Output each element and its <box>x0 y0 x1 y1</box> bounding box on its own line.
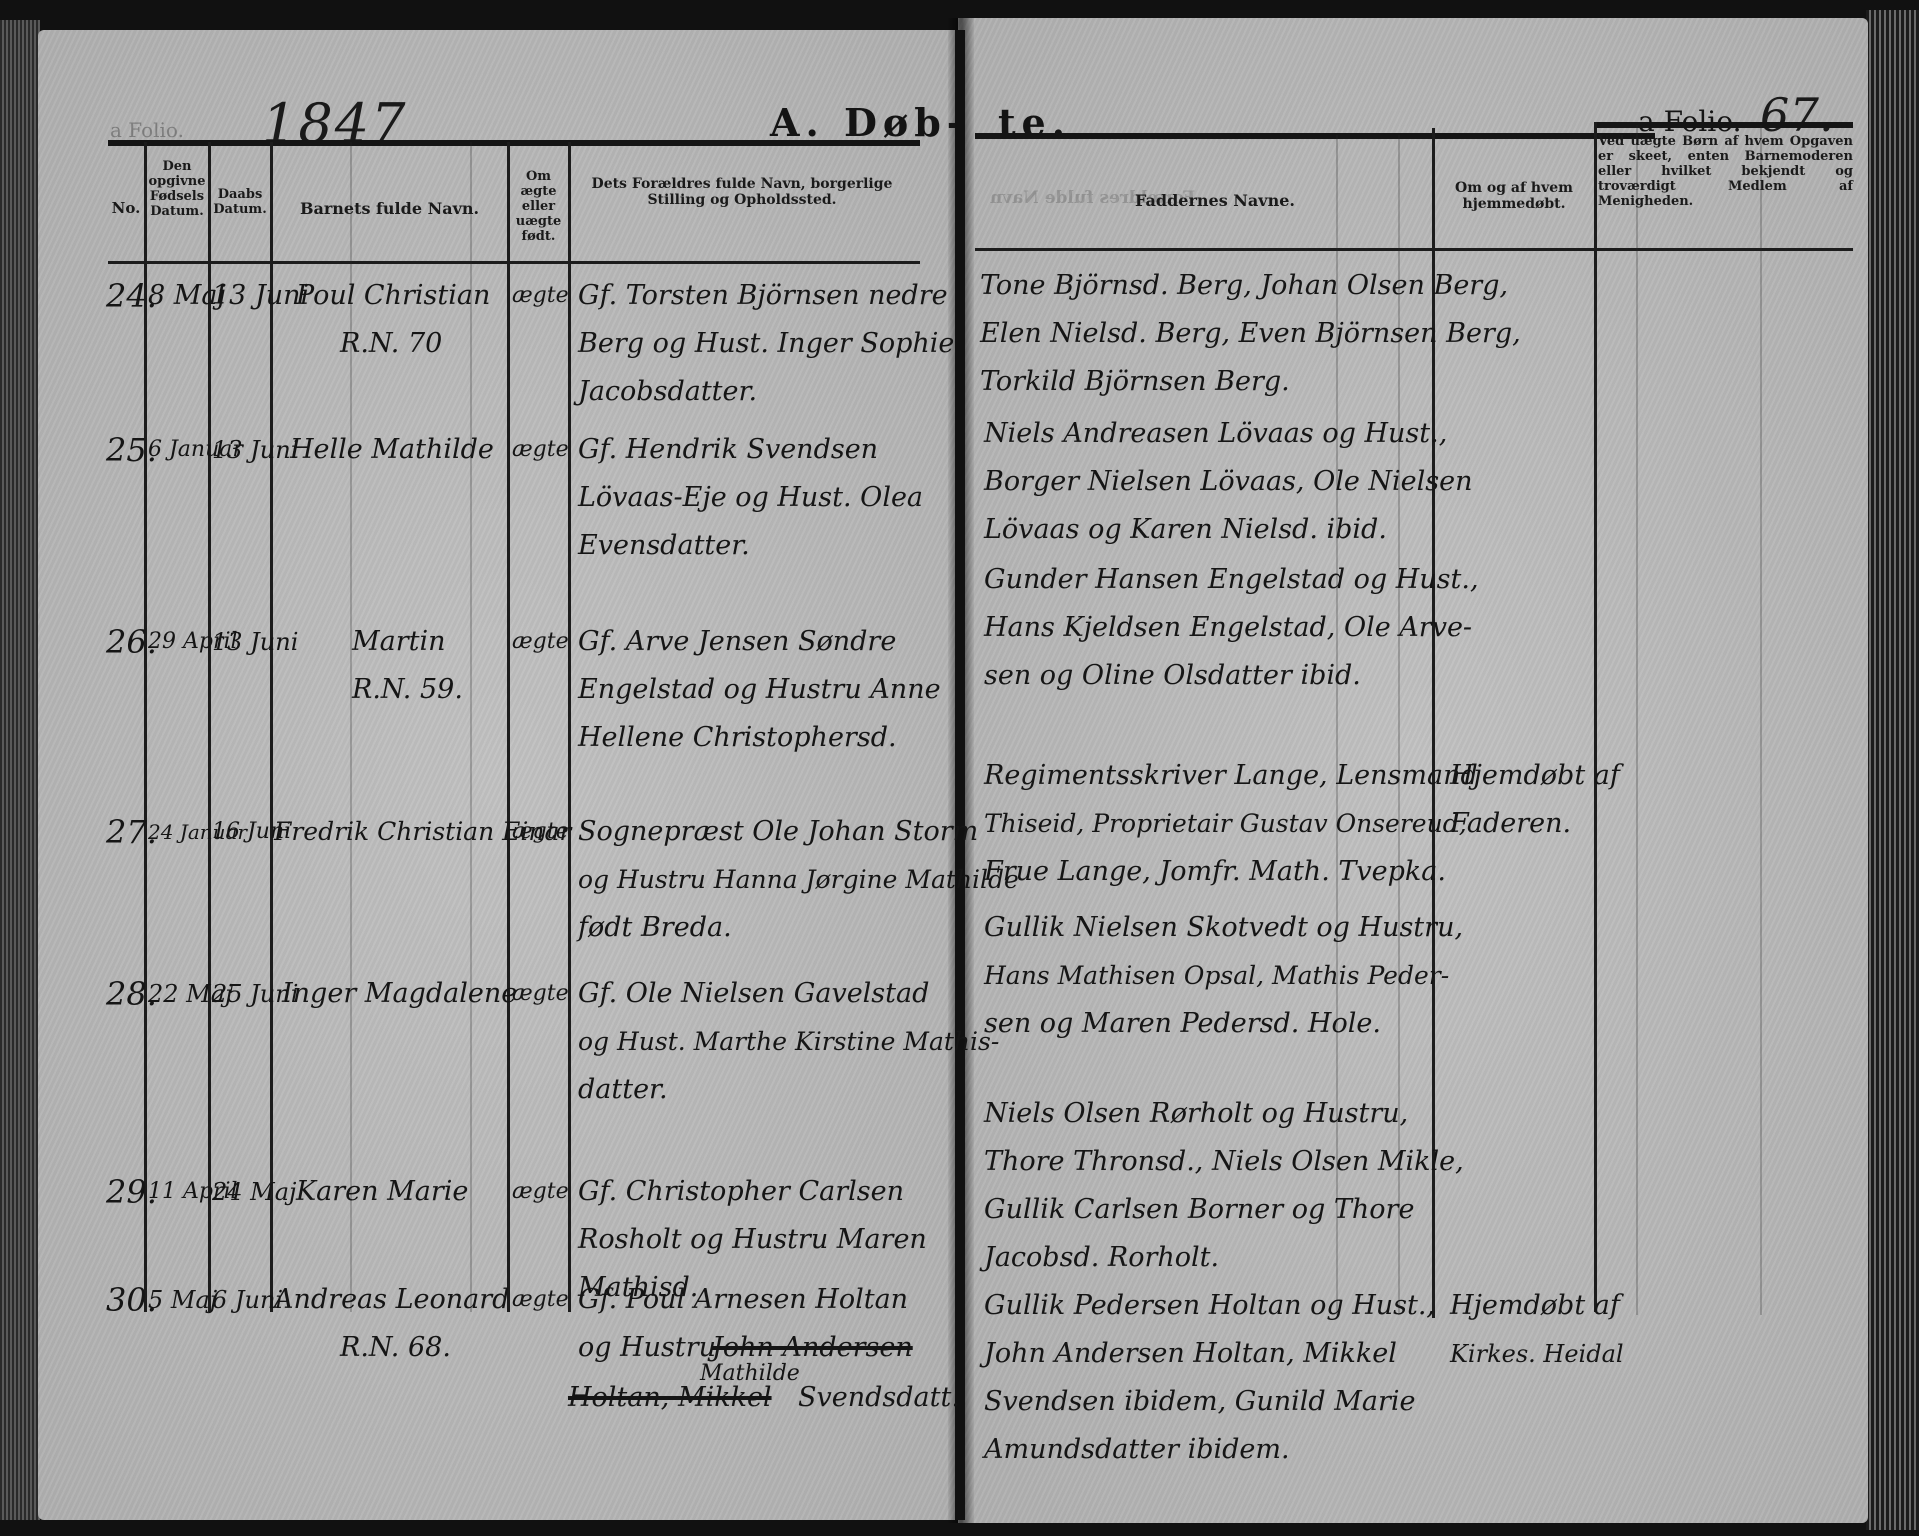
entry-baptism-date: 13 Juni <box>212 618 298 666</box>
entry-parents-line: Sognepræst Ole Johan Storm <box>578 808 978 856</box>
entry-parents-line: Rosholt og Hustru Maren <box>578 1216 927 1264</box>
entry-child-name: Poul Christian <box>296 272 490 320</box>
entry-godparents-line: Jacobsd. Rorholt. <box>984 1234 1219 1282</box>
entry-parents-line: og Hustru Hanna Jørgine Mathilde <box>578 856 1019 904</box>
entry-home-baptism: Hjemdøbt af <box>1450 1282 1620 1330</box>
header-legitimacy: Om ægte eller uægte født. <box>509 170 568 245</box>
header-home-baptism: Om og af hvem hjemmedøbt. <box>1436 180 1592 212</box>
entry-parents-line: Svendsdatt. <box>798 1374 960 1422</box>
entry-child-name: Martin <box>352 618 446 666</box>
entry-parents-line: Evensdatter. <box>578 522 750 570</box>
entry-parents-line: Gf. Hendrik Svendsen <box>578 426 878 474</box>
entry-parents-line: Hellene Christophersd. <box>578 714 897 762</box>
header-top-rule-right-b <box>1595 122 1853 128</box>
entry-godparents-line: Gullik Carlsen Borner og Thore <box>984 1186 1414 1234</box>
entry-legitimacy: ægte <box>512 1168 569 1216</box>
entry-parents-line: Lövaas-Eje og Hust. Olea <box>578 474 923 522</box>
header-top-rule-right-a <box>975 133 1655 139</box>
section-title: A. Døb- <box>770 100 969 145</box>
entry-godparents-line: Torkild Björnsen Berg. <box>980 358 1290 406</box>
entry-child-name: Andreas Leonard <box>274 1276 509 1324</box>
entry-legitimacy: ægte <box>512 808 569 856</box>
entry-parents-line: Gf. Arve Jensen Søndre <box>578 618 896 666</box>
entry-baptism-date: 24 Maj <box>212 1168 297 1216</box>
header-birth-date: Den opgivne Fødsels Datum. <box>146 160 208 220</box>
column-guide <box>1636 125 1638 1315</box>
entry-child-note: R.N. 59. <box>352 666 463 714</box>
entry-parents-line: Jacobsdatter. <box>578 368 757 416</box>
entry-parents-line: Gf. Christopher Carlsen <box>578 1168 904 1216</box>
book-edge-right <box>1866 10 1919 1530</box>
entry-godparents-line: Regimentsskriver Lange, Lensmand <box>984 752 1478 800</box>
entry-godparents-line: Thore Thronsd., Niels Olsen Mikle, <box>984 1138 1464 1186</box>
entry-parents-line: Gf. Torsten Björnsen nedre <box>578 272 948 320</box>
entry-godparents-line: Hans Mathisen Opsal, Mathis Peder- <box>984 952 1449 1000</box>
entry-godparents-line: Gullik Pedersen Holtan og Hust., <box>984 1282 1435 1330</box>
header-parents: Dets Forældres fulde Navn, borgerlige St… <box>572 176 912 208</box>
column-divider <box>507 142 510 1312</box>
entry-parents-line: og Hust. Marthe Kirstine Mathis- <box>578 1018 999 1066</box>
entry-baptism-date: 13 Juni <box>212 272 309 320</box>
entry-legitimacy: ægte <box>512 618 569 666</box>
entry-godparents-line: Niels Andreasen Lövaas og Hust., <box>984 410 1447 458</box>
entry-parents-line: Gf. Poul Arnesen Holtan <box>578 1276 908 1324</box>
entry-parents-line: Gf. Ole Nielsen Gavelstad <box>578 970 929 1018</box>
entry-godparents-line: John Andersen Holtan, Mikkel <box>984 1330 1397 1378</box>
entry-godparents-line: Svendsen ibidem, Gunild Marie <box>984 1378 1416 1426</box>
entry-godparents-line: Frue Lange, Jomfr. Math. Tvepka. <box>984 848 1446 896</box>
entry-godparents-line: Tone Björnsd. Berg, Johan Olsen Berg, <box>980 262 1508 310</box>
entry-child-name: Karen Marie <box>296 1168 468 1216</box>
entry-godparents-line: Thiseid, Proprietair Gustav Onsereud, <box>984 800 1467 848</box>
header-bottom-rule-right <box>975 248 1853 251</box>
entry-parents-line: og Hustru <box>578 1324 716 1372</box>
entry-godparents-line: Lövaas og Karen Nielsd. ibid. <box>984 506 1387 554</box>
column-guide <box>1760 125 1762 1315</box>
entry-godparents-line: sen og Oline Olsdatter ibid. <box>984 652 1361 700</box>
entry-godparents-line: Niels Olsen Rørholt og Hustru, <box>984 1090 1408 1138</box>
book-scan: a Folio. 1847 A. Døb- te. a Folio. 67. N… <box>0 0 1919 1536</box>
entry-parents-line: Berg og Hust. Inger Sophie <box>578 320 954 368</box>
entry-godparents-line: sen og Maren Pedersd. Hole. <box>984 1000 1381 1048</box>
entry-legitimacy: ægte <box>512 272 569 320</box>
entry-godparents-line: Amundsdatter ibidem. <box>984 1426 1290 1474</box>
header-illegitimate-info: Ved uægte Børn af hvem Opgaven er skeet,… <box>1598 135 1853 210</box>
column-divider <box>1594 122 1597 1312</box>
entry-godparents-line: Elen Nielsd. Berg, Even Björnsen Berg, <box>980 310 1521 358</box>
entry-parents-line: datter. <box>578 1066 668 1114</box>
entry-parents-line: Engelstad og Hustru Anne <box>578 666 941 714</box>
faint-folio-prefix: a Folio. <box>110 118 184 142</box>
entry-legitimacy: ægte <box>512 426 569 474</box>
entry-baptism-date: 6 Juni <box>212 1276 283 1324</box>
entry-parents-struck: Holtan, Mikkel <box>568 1374 772 1422</box>
header-godparents: Faddernes Navne. <box>1100 192 1330 210</box>
entry-home-baptism: Kirkes. Heidal <box>1450 1330 1624 1378</box>
entry-godparents-line: Hans Kjeldsen Engelstad, Ole Arve- <box>984 604 1472 652</box>
entry-godparents-line: Gunder Hansen Engelstad og Hust., <box>984 556 1479 604</box>
book-edge-left <box>0 20 40 1520</box>
header-child-name: Barnets fulde Navn. <box>272 200 507 218</box>
entry-home-baptism: Faderen. <box>1450 800 1571 848</box>
entry-legitimacy: ægte <box>512 1276 569 1324</box>
entry-legitimacy: ægte <box>512 970 569 1018</box>
entry-parents-line: født Breda. <box>578 904 732 952</box>
page-fold-line <box>955 30 965 1520</box>
entry-child-name: Inger Magdalene <box>282 970 517 1018</box>
header-bottom-rule-left <box>108 261 920 264</box>
entry-child-name: Helle Mathilde <box>290 426 494 474</box>
header-baptism-date: Daabs Datum. <box>210 188 270 218</box>
entry-baptism-date: 13 Juni <box>212 426 298 474</box>
entry-child-note: R.N. 68. <box>340 1324 451 1372</box>
entry-godparents-line: Gullik Nielsen Skotvedt og Hustru, <box>984 904 1463 952</box>
entry-godparents-line: Borger Nielsen Lövaas, Ole Nielsen <box>984 458 1473 506</box>
header-no: No. <box>108 200 144 217</box>
header-top-rule-left <box>108 140 920 146</box>
entry-child-note: R.N. 70 <box>340 320 442 368</box>
entry-home-baptism: Hjemdøbt af <box>1450 752 1620 800</box>
entry-birth-date: 5 Maj <box>148 1276 217 1324</box>
